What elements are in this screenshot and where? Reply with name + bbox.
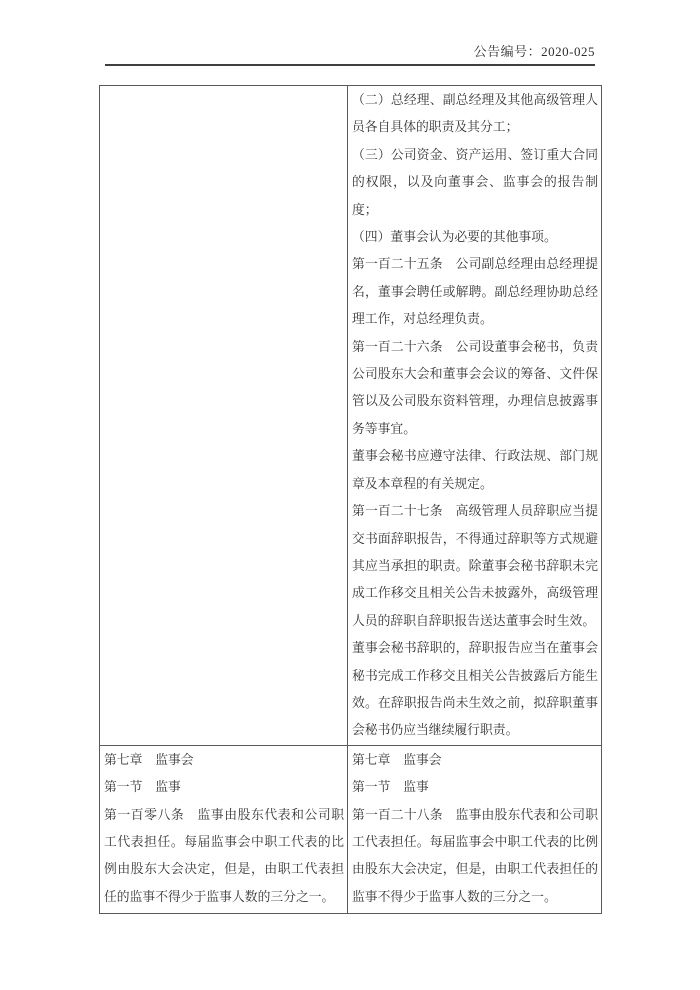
paragraph: （三）公司资金、资产运用、签订重大合同的权限，以及向董事会、监事会的报告制度； xyxy=(352,142,598,224)
cell-right-chapter7: 第七章 监事会 第一节 监事 第一百二十八条 监事由股东代表和公司职工代表担任。… xyxy=(348,745,602,913)
paragraph: （四）董事会认为必要的其他事项。 xyxy=(352,224,598,251)
chapter-heading: 第七章 监事会 xyxy=(104,747,344,774)
paragraph: 第一百二十七条 高级管理人员辞职应当提交书面辞职报告，不得通过辞职等方式规避其应… xyxy=(352,498,598,635)
paragraph: 第一百二十八条 监事由股东代表和公司职工代表担任。每届监事会中职工代表的比例由股… xyxy=(352,802,598,912)
table-row: （二）总经理、副总经理及其他高级管理人员各自具体的职责及其分工； （三）公司资金… xyxy=(100,86,602,746)
cell-left-empty xyxy=(100,86,348,746)
header: 公告编号：2020-025 xyxy=(105,41,595,66)
section-heading: 第一节 监事 xyxy=(352,774,598,801)
notice-number: 公告编号：2020-025 xyxy=(474,44,595,59)
document-page: 公告编号：2020-025 （二）总经理、副总经理及其他高级管理人员各自具体的职… xyxy=(0,0,700,990)
chapter-heading: 第七章 监事会 xyxy=(352,747,598,774)
cell-right-articles: （二）总经理、副总经理及其他高级管理人员各自具体的职责及其分工； （三）公司资金… xyxy=(348,86,602,746)
paragraph: 董事会秘书应遵守法律、行政法规、部门规章及本章程的有关规定。 xyxy=(352,443,598,498)
comparison-table: （二）总经理、副总经理及其他高级管理人员各自具体的职责及其分工； （三）公司资金… xyxy=(99,85,602,914)
paragraph: 第一百二十六条 公司设董事会秘书，负责公司股东大会和董事会会议的筹备、文件保管以… xyxy=(352,334,598,444)
paragraph: （二）总经理、副总经理及其他高级管理人员各自具体的职责及其分工； xyxy=(352,87,598,142)
cell-left-chapter7: 第七章 监事会 第一节 监事 第一百零八条 监事由股东代表和公司职工代表担任。每… xyxy=(100,745,348,913)
paragraph: 第一百零八条 监事由股东代表和公司职工代表担任。每届监事会中职工代表的比例由股东… xyxy=(104,802,344,912)
section-heading: 第一节 监事 xyxy=(104,774,344,801)
table-row: 第七章 监事会 第一节 监事 第一百零八条 监事由股东代表和公司职工代表担任。每… xyxy=(100,745,602,913)
paragraph: 董事会秘书辞职的，辞职报告应当在董事会秘书完成工作移交且相关公告披露后方能生效。… xyxy=(352,635,598,745)
paragraph: 第一百二十五条 公司副总经理由总经理提名，董事会聘任或解聘。副总经理协助总经理工… xyxy=(352,251,598,333)
